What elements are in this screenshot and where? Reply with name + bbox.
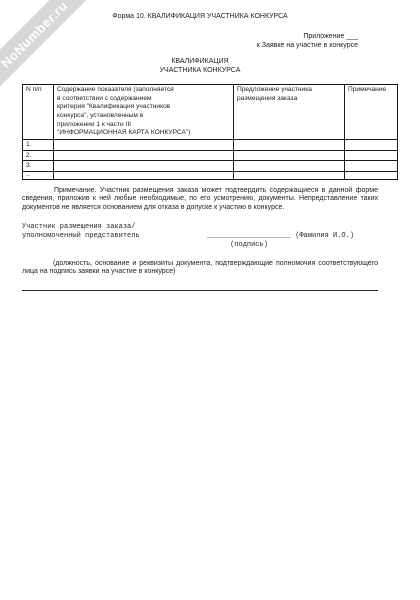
document-title-line-2: УЧАСТНИКА КОНКУРСА	[22, 67, 378, 76]
table-row: 3.	[23, 161, 398, 172]
signature-line-2: уполномоченный представитель ___________…	[22, 232, 378, 241]
form-title: Форма 10. КВАЛИФИКАЦИЯ УЧАСТНИКА КОНКУРС…	[22, 13, 378, 20]
signature-fill-area: ____________________ (Фамилия И.О.)	[207, 232, 354, 241]
qualification-table: N п/п Содержание показателя (заполняется…	[22, 84, 398, 180]
row-number-cell: 3.	[23, 161, 54, 172]
note-cell	[345, 150, 398, 161]
document-page: NoNumber.ru Форма 10. КВАЛИФИКАЦИЯ УЧАСТ…	[0, 0, 420, 600]
document-content: Форма 10. КВАЛИФИКАЦИЯ УЧАСТНИКА КОНКУРС…	[22, 0, 397, 291]
row-number-cell: 2.	[23, 150, 54, 161]
proposal-cell	[234, 171, 345, 179]
header-cell-note: Примечание	[345, 84, 398, 139]
proposal-cell	[234, 140, 345, 151]
signature-role-label: уполномоченный представитель	[22, 232, 140, 240]
indicator-cell	[54, 150, 234, 161]
note-cell	[345, 140, 398, 151]
table-header-row: N п/п Содержание показателя (заполняется…	[23, 84, 398, 139]
table-row: 1.	[23, 140, 398, 151]
indicator-cell	[54, 171, 234, 179]
header-cell-number: N п/п	[23, 84, 54, 139]
header-cell-proposal: Предложение участника размещения заказа	[234, 84, 345, 139]
signature-line-1: Участник размещения заказа/	[22, 223, 378, 232]
signature-blank-line: ____________________	[207, 232, 291, 240]
signature-caption: (подпись)	[207, 241, 291, 250]
document-title: КВАЛИФИКАЦИЯ УЧАСТНИКА КОНКУРСА	[22, 58, 378, 75]
indicator-cell	[54, 161, 234, 172]
authority-note: (должность, основание и реквизиты докуме…	[22, 260, 378, 277]
row-number-cell: ...	[23, 171, 54, 179]
proposal-cell	[234, 150, 345, 161]
surname-label: (Фамилия И.О.)	[295, 232, 354, 240]
note-paragraph: Примечание. Участник размещения заказа м…	[22, 187, 378, 213]
signature-block: Участник размещения заказа/ уполномоченн…	[22, 223, 378, 250]
row-number-cell: 1.	[23, 140, 54, 151]
header-cell-indicator: Содержание показателя (заполняется в соо…	[54, 84, 234, 139]
appendix-line-2: к Заявке на участие в конкурсе	[22, 42, 358, 51]
bottom-rule	[22, 290, 378, 291]
document-title-line-1: КВАЛИФИКАЦИЯ	[22, 58, 378, 67]
table-row-ellipsis: ...	[23, 171, 398, 179]
indicator-cell	[54, 140, 234, 151]
appendix-block: Приложение ___ к Заявке на участие в кон…	[22, 33, 378, 50]
note-cell	[345, 161, 398, 172]
appendix-line-1: Приложение ___	[22, 33, 358, 42]
proposal-cell	[234, 161, 345, 172]
table-row: 2.	[23, 150, 398, 161]
note-cell	[345, 171, 398, 179]
